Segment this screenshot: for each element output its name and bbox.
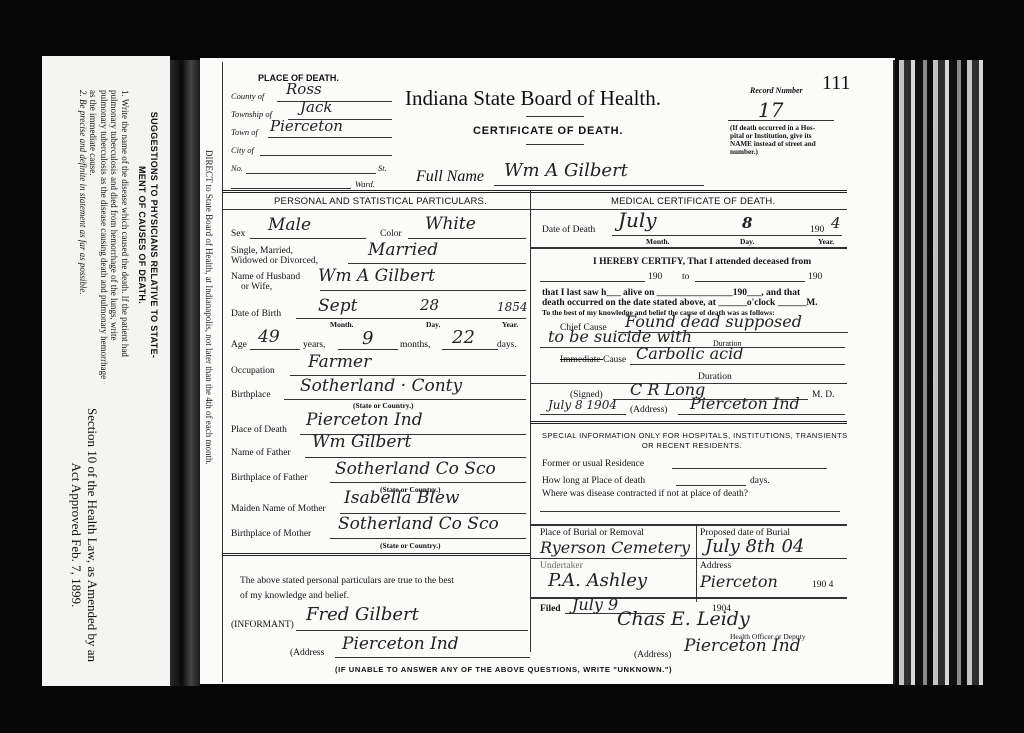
informant-value[interactable]: Fred Gilbert [306,604,419,625]
contracted-label: Where was disease contracted if not at p… [542,489,748,499]
special-heading-line2: OR RECENT RESIDENTS. [542,441,842,451]
personal-bottom-divider [222,553,530,556]
sex-value[interactable]: Male [268,215,311,235]
marital-label-line2: Widowed or Divorced, [231,256,318,266]
dob-line [296,318,526,319]
township-value[interactable]: Jack [300,98,332,116]
hospital-note-line3: NAME instead of street and [730,140,816,148]
record-number-handwritten[interactable]: 17 [758,98,783,122]
mother-label: Maiden Name of Mother [231,504,326,514]
mother-birthplace-value[interactable]: Sotherland Co Sco [338,514,499,534]
how-long-label: How long at Place of death [542,476,645,486]
physician-address-line [678,414,845,415]
burial-divider [696,525,697,602]
health-officer-address-label: (Address) [634,650,671,660]
birthplace-label: Birthplace [231,390,271,400]
city-label: City of [231,145,254,155]
filed-date-value[interactable]: July 9 [572,595,618,614]
place-of-death-value[interactable]: Pierceton Ind [306,410,423,430]
suggestion-item-1: 1. Write the name of the disease which c… [88,90,130,380]
mother-birthplace-caption: (State or Country.) [380,541,440,550]
dod-year-prefix: 190 [810,225,824,235]
immediate-cause-label-text: Cause [603,355,626,365]
special-information-heading: SPECIAL INFORMATION ONLY FOR HOSPITALS, … [542,431,842,451]
header-divider [222,190,847,193]
color-value[interactable]: White [425,214,476,234]
occurred-text: death occurred on the date stated above,… [542,298,818,308]
full-name-label: Full Name [416,168,484,186]
days-caption: days. [497,340,517,350]
color-label: Color [380,229,402,239]
spouse-line [320,290,526,291]
dod-month-value[interactable]: July [618,208,657,232]
father-label: Name of Father [231,448,291,458]
title-rule [526,116,584,117]
burial-place-value[interactable]: Ryerson Cemetery [540,538,690,557]
mother-value[interactable]: Isabella Blew [344,488,459,508]
scan-edge-artifact [893,60,983,685]
marital-status-value[interactable]: Married [368,240,438,260]
spouse-label-line2: or Wife, [231,282,300,292]
record-line [728,120,834,121]
number-label: No. [231,163,243,173]
hospital-note-line4: number.) [730,148,816,156]
township-label: Township of [231,109,272,119]
md-label: M. D. [812,390,834,400]
mother-birthplace-line [330,538,526,539]
suggestions-title-line1: SUGGESTIONS TO PHYSICIANS RELATIVE TO ST… [148,90,160,380]
signed-rule [530,421,847,424]
color-line [408,238,526,239]
informant-line [296,630,528,631]
flap-fold-shadow [170,60,200,686]
occupation-label: Occupation [231,366,275,376]
ward-line [231,188,351,189]
attestation-line2: of my knowledge and belief. [240,589,454,604]
informant-address-label: (Address [290,648,324,658]
full-name-value[interactable]: Wm A Gilbert [504,160,628,181]
age-days-value[interactable]: 22 [452,327,475,348]
suggestions-title-line2: MENT OF CAUSES OF DEATH. [136,90,148,380]
board-title: Indiana State Board of Health. [405,86,661,111]
age-years-value[interactable]: 49 [258,327,280,347]
dob-day-value[interactable]: 28 [420,296,439,314]
undertaker-year: 190 4 [812,580,833,590]
undertaker-address-value[interactable]: Pierceton [700,572,778,591]
from-year-prefix: 190 [648,272,662,282]
father-birthplace-line [330,482,526,483]
medical-heading-rule [530,209,847,210]
burial-rule [530,558,847,559]
town-label: Town of [231,127,258,137]
street-label: St. [378,163,387,173]
father-line [305,457,526,458]
certify-text: I HEREBY CERTIFY, That I attended deceas… [593,257,811,267]
attestation-text: The above stated personal particulars ar… [240,574,454,604]
city-line [260,155,392,156]
suggestion-item-2: 2. Be precise and definite in statement … [78,90,89,380]
town-line [268,137,392,138]
former-residence-line [672,468,827,469]
record-number-label: Record Number [750,86,803,95]
full-name-line [494,185,704,186]
county-line [277,101,392,102]
to-label: to [682,272,689,282]
suggestions-body: 1. Write the name of the disease which c… [78,90,131,380]
unknown-instruction: (IF UNABLE TO ANSWER ANY OF THE ABOVE QU… [335,665,672,674]
health-officer-signature[interactable]: Chas E. Leidy [617,608,750,630]
suggestions-title: SUGGESTIONS TO PHYSICIANS RELATIVE TO ST… [136,90,160,380]
mother-birthplace-label: Birthplace of Mother [231,529,311,539]
occupation-value[interactable]: Farmer [308,352,371,372]
attended-to-line [695,281,805,282]
dod-rule [530,247,847,249]
informant-label: (INFORMANT) [231,620,294,630]
signed-date-value[interactable]: July 8 1904 [548,398,617,412]
special-rule [530,524,847,526]
years-caption: years, [303,340,325,350]
immediate-cause-label: Immediate Cause [560,355,626,365]
age-months-line [338,349,398,350]
burial-date-value[interactable]: July 8th 04 [705,536,804,557]
county-value[interactable]: Ross [286,80,322,98]
hospital-note: (If death occurred in a Hos- pital or In… [730,124,816,156]
dod-year-suffix[interactable]: 4 [831,214,841,232]
hospital-note-line1: (If death occurred in a Hos- [730,124,816,132]
county-label: County of [231,91,264,101]
date-of-death-line [612,235,842,236]
dod-day-caption: Day. [740,237,754,246]
burial-place-label: Place of Burial or Removal [540,528,644,538]
birthplace-caption: (State or Country.) [353,401,413,410]
months-caption: months, [400,340,430,350]
health-officer-address-value[interactable]: Pierceton Ind [684,636,801,656]
age-label: Age [231,340,247,350]
undertaker-value[interactable]: P.A. Ashley [548,570,647,591]
spouse-value[interactable]: Wm A Gilbert [318,266,435,286]
dob-year-caption: Year. [502,320,518,329]
attestation-line1: The above stated personal particulars ar… [240,574,454,589]
special-heading-line1: SPECIAL INFORMATION ONLY FOR HOSPITALS, … [542,431,842,441]
date-of-death-label: Date of Death [542,225,595,235]
spouse-label-line1: Name of Husband [231,272,300,282]
dob-month-value[interactable]: Sept [318,296,357,316]
direct-note: DIRECT to State Board of Health, at Indi… [204,150,214,465]
dod-year-caption: Year. [818,237,834,246]
informant-address-line [335,657,530,658]
marital-status-label: Single, Married, Widowed or Divorced, [231,246,318,266]
dob-day-caption: Day. [426,320,440,329]
informant-address-value[interactable]: Pierceton Ind [342,634,459,654]
attended-from-line [540,281,645,282]
birthplace-value[interactable]: Sotherland · Conty [300,376,462,396]
last-saw-text: that I last saw h___ alive on __________… [542,288,800,298]
former-residence-label: Former or usual Residence [542,459,644,469]
medical-heading: MEDICAL CERTIFICATE OF DEATH. [611,196,775,207]
father-birthplace-label: Birthplace of Father [231,473,308,483]
dod-day-value[interactable]: 8 [742,214,752,232]
personal-heading-rule [222,209,530,210]
personal-heading: PERSONAL AND STATISTICAL PARTICULARS. [274,196,487,207]
age-years-line [250,349,300,350]
street-line [246,173,376,174]
certificate-title: CERTIFICATE OF DEATH. [473,125,623,137]
to-year-prefix: 190 [808,272,822,282]
marital-line [348,263,526,264]
physician-address-label: (Address) [630,405,667,415]
how-long-days-label: days. [750,476,770,486]
dob-month-caption: Month. [330,320,354,329]
immediate-cause-value[interactable]: Carbolic acid [636,344,743,363]
form-left-border [222,62,223,682]
contracted-line [540,511,840,512]
immediate-cause-line [630,364,845,365]
town-value[interactable]: Pierceton [270,117,343,135]
age-days-line [442,349,498,350]
ward-label: Ward. [355,179,375,189]
place-of-death-label: Place of Death [231,425,287,435]
dob-year-value[interactable]: 1854 [497,300,528,314]
dob-label: Date of Birth [231,309,281,319]
marital-label-line1: Single, Married, [231,246,318,256]
signed-date-line [540,414,626,415]
birthplace-line [284,399,526,400]
how-long-line [676,485,746,486]
dod-month-caption: Month. [646,237,670,246]
father-value[interactable]: Wm Gilbert [312,432,411,452]
filed-label: Filed [540,604,561,614]
father-birthplace-value[interactable]: Sotherland Co Sco [335,459,496,479]
physician-address-value[interactable]: Pierceton Ind [690,394,800,413]
hospital-note-line2: pital or Institution, give its [730,132,816,140]
sex-label: Sex [231,229,245,239]
spouse-label: Name of Husband or Wife, [231,272,300,292]
subtitle-rule [526,144,584,145]
sex-line [250,238,366,239]
undertaker-address-label: Address [700,561,731,571]
record-number-printed: 111 [822,72,851,95]
age-months-value[interactable]: 9 [362,328,373,349]
section-note: Section 10 of the Health Law, as Amended… [68,400,100,670]
